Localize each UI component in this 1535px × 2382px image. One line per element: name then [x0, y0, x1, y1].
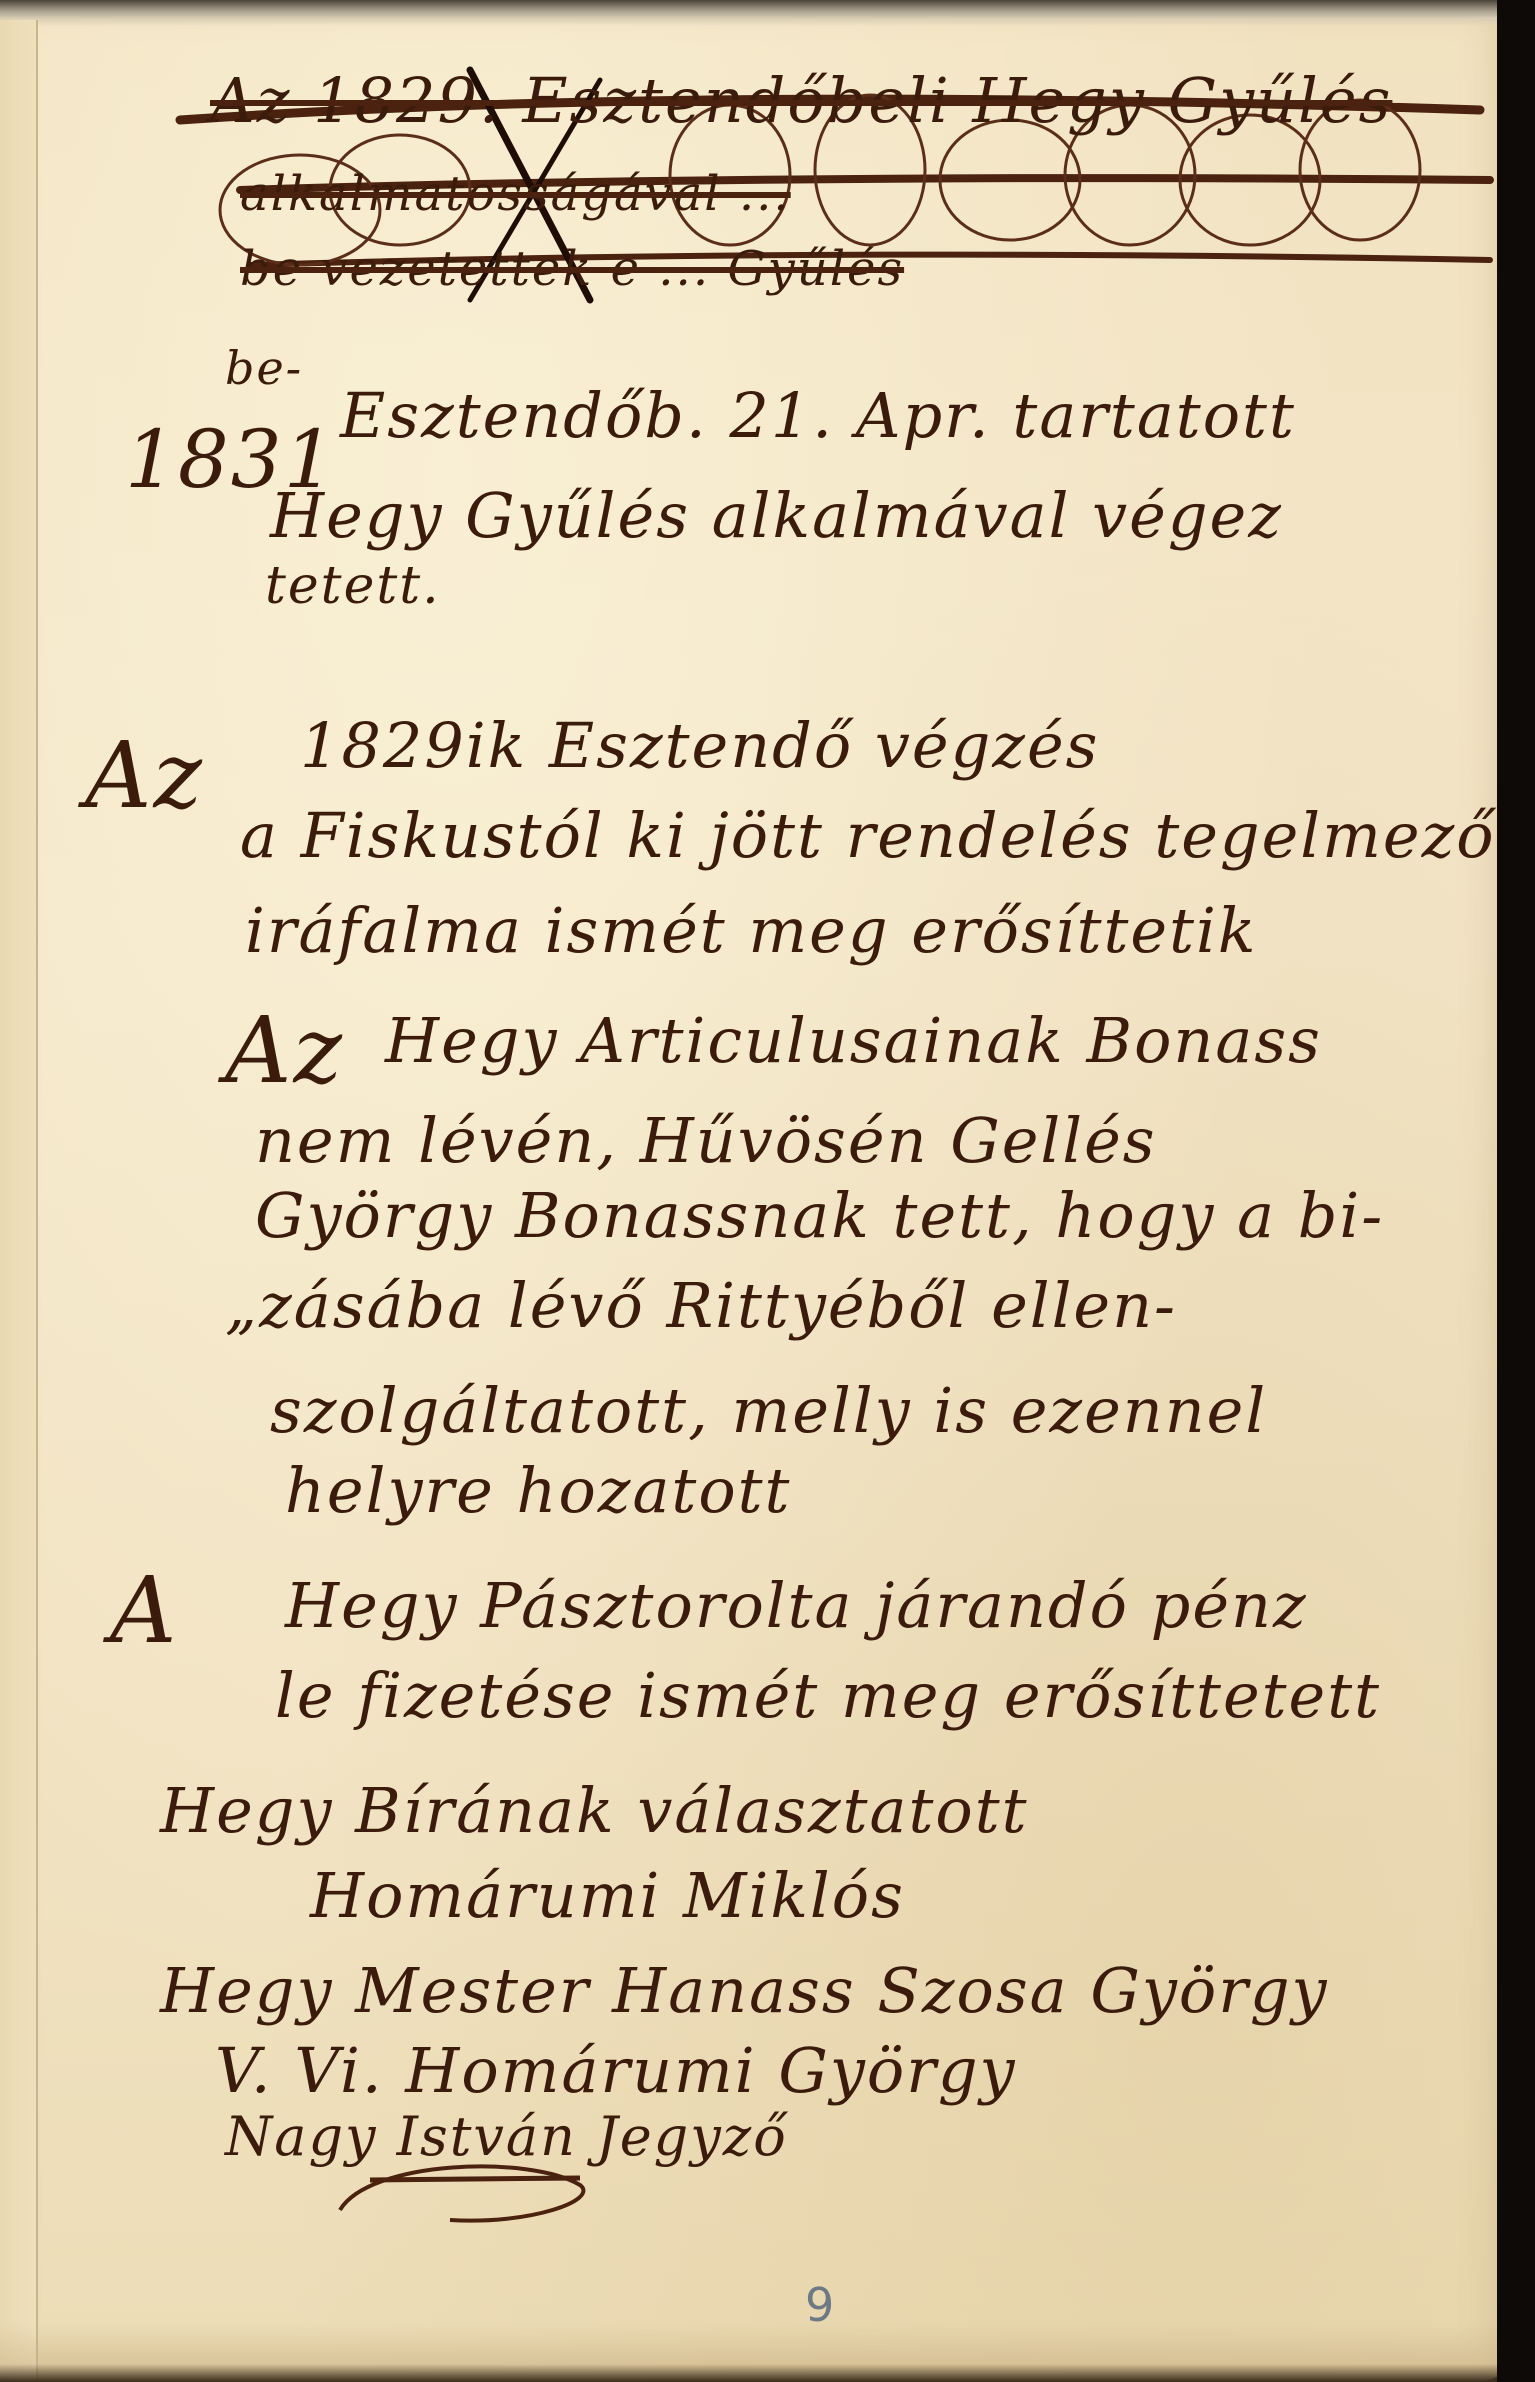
paragraph-2-line-2: nem lévén, Hűvösén Gellés — [255, 1110, 1157, 1172]
paragraph-3-line-2: le fizetése ismét meg erősíttetett — [275, 1665, 1381, 1727]
signature-line-3: Hegy Mester Hanass Szosa György — [160, 1960, 1329, 2022]
page-bottom-edge — [0, 2322, 1500, 2382]
heading-line-2: Hegy Gyűlés alkalmával végez — [270, 485, 1283, 547]
manuscript-page: Az 1829. Esztendőbeli Hegy Gyűlés alkalm… — [0, 0, 1500, 2382]
struck-line-3: be vezetettek e ... Gyűlés — [240, 245, 904, 293]
signature-line-4: V. Vi. Homárumi György — [215, 2040, 1017, 2102]
binding-gutter — [0, 20, 38, 2382]
heading-line-1: Esztendőb. 21. Apr. tartatott — [340, 385, 1296, 447]
signature-line-1: Hegy Bírának választatott — [160, 1780, 1029, 1842]
paragraph-1-lead: Az — [85, 730, 204, 822]
paragraph-2-line-4: „zásába lévő Rittyéből ellen- — [225, 1275, 1177, 1337]
page-top-edge — [0, 0, 1500, 26]
paragraph-1-line-1: 1829ik Esztendő végzés — [300, 715, 1099, 777]
background-shadow — [1497, 0, 1535, 2382]
paragraph-3-line-1: Hegy Pásztorolta járandó pénz — [285, 1575, 1308, 1637]
signature-line-2: Homárumi Miklós — [310, 1865, 905, 1927]
paragraph-2-line-5: szolgáltatott, melly is ezennel — [270, 1380, 1267, 1442]
heading-line-3: tetett. — [265, 560, 441, 612]
paragraph-2-line-6: helyre hozatott — [285, 1460, 791, 1522]
paragraph-1-line-2: a Fiskustól ki jött rendelés tegelmező — [240, 805, 1496, 867]
struck-line-1: Az 1829. Esztendőbeli Hegy Gyűlés — [210, 70, 1392, 132]
paragraph-2-line-3: György Bonassnak tett, hogy a bi- — [255, 1185, 1384, 1247]
paragraph-2-line-1: Hegy Articulusainak Bonass — [385, 1010, 1322, 1072]
paragraph-3-lead: A — [110, 1565, 178, 1657]
struck-line-2: alkalmatosságával ... — [240, 170, 791, 218]
paragraph-2-lead: Az — [225, 1005, 344, 1097]
signature-flourish — [330, 2150, 630, 2230]
paragraph-1-line-3: iráfalma ismét meg erősíttetik — [245, 900, 1257, 962]
heading-prefix: be- — [225, 345, 303, 391]
